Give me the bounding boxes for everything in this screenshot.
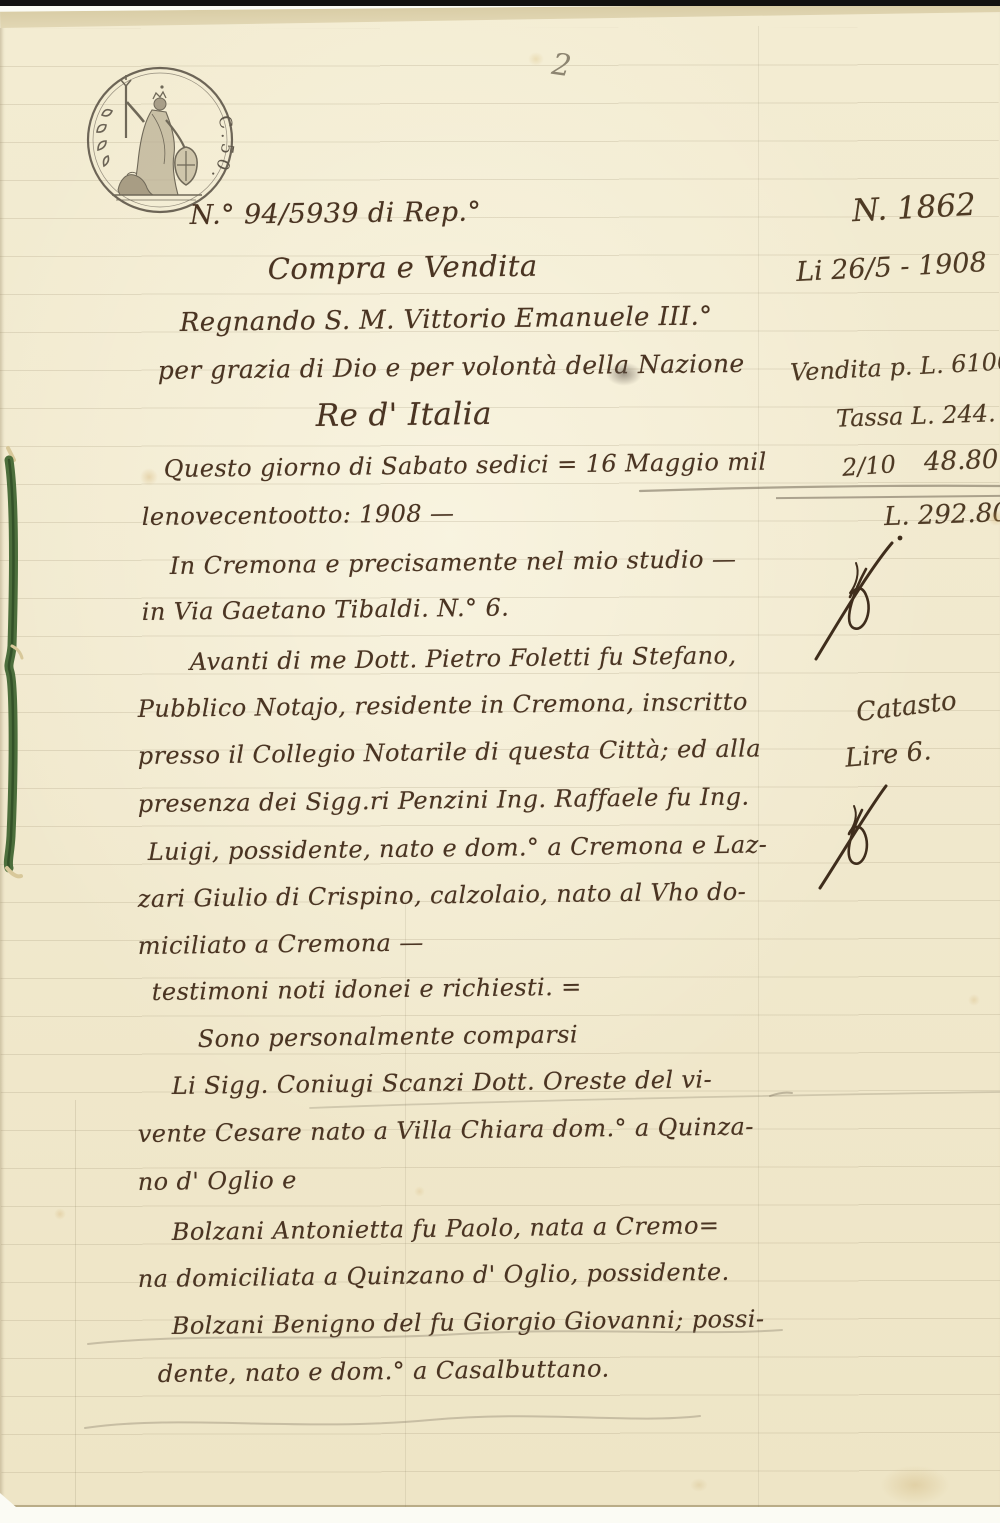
manuscript-line: dente, nato e dom.° a Casalbuttano.: [158, 1354, 610, 1388]
fold-crease: [758, 26, 759, 1507]
margin-total: L. 292.80: [884, 498, 1000, 532]
manuscript-title: Compra e Vendita: [268, 249, 538, 286]
binding-cord: [0, 438, 28, 908]
manuscript-line: lenovecentootto: 1908 —: [142, 499, 455, 531]
manuscript-line: testimoni noti idonei e richiesti. =: [152, 973, 582, 1006]
revenue-stamp: C.50.: [82, 62, 238, 218]
manuscript-line: in Via Gaetano Tibaldi. N.° 6.: [142, 594, 510, 626]
manuscript-line: no d' Oglio e: [138, 1166, 297, 1196]
manuscript-line: miciliato a Cremona —: [138, 929, 424, 960]
manuscript-line: Sono personalmente comparsi: [198, 1020, 578, 1053]
margin-surtax-amount: 48.80: [923, 445, 998, 478]
scan-edge: [0, 0, 1000, 6]
notary-paraph-icon: [818, 782, 913, 892]
svg-text:C.50.: C.50.: [205, 113, 238, 187]
stamp-denomination: C.50.: [205, 113, 238, 187]
italia-allegory-icon: [112, 75, 202, 200]
manuscript-line: N.° 94/5939 di Rep.°: [190, 196, 482, 231]
margin-protocol-number: N. 1862: [851, 187, 976, 229]
margin-tax: Tassa L. 244.: [836, 399, 997, 433]
notary-paraph-icon: [812, 535, 922, 665]
fold-crease: [75, 1100, 76, 1507]
scanned-document: C.50. 2 N.° 94/5939 di Rep.: [0, 0, 1000, 1523]
manuscript-title: Re d' Italia: [316, 396, 492, 434]
stamp-left-ornament: [97, 110, 112, 166]
margin-surtax-fraction: 2/10: [841, 450, 897, 482]
